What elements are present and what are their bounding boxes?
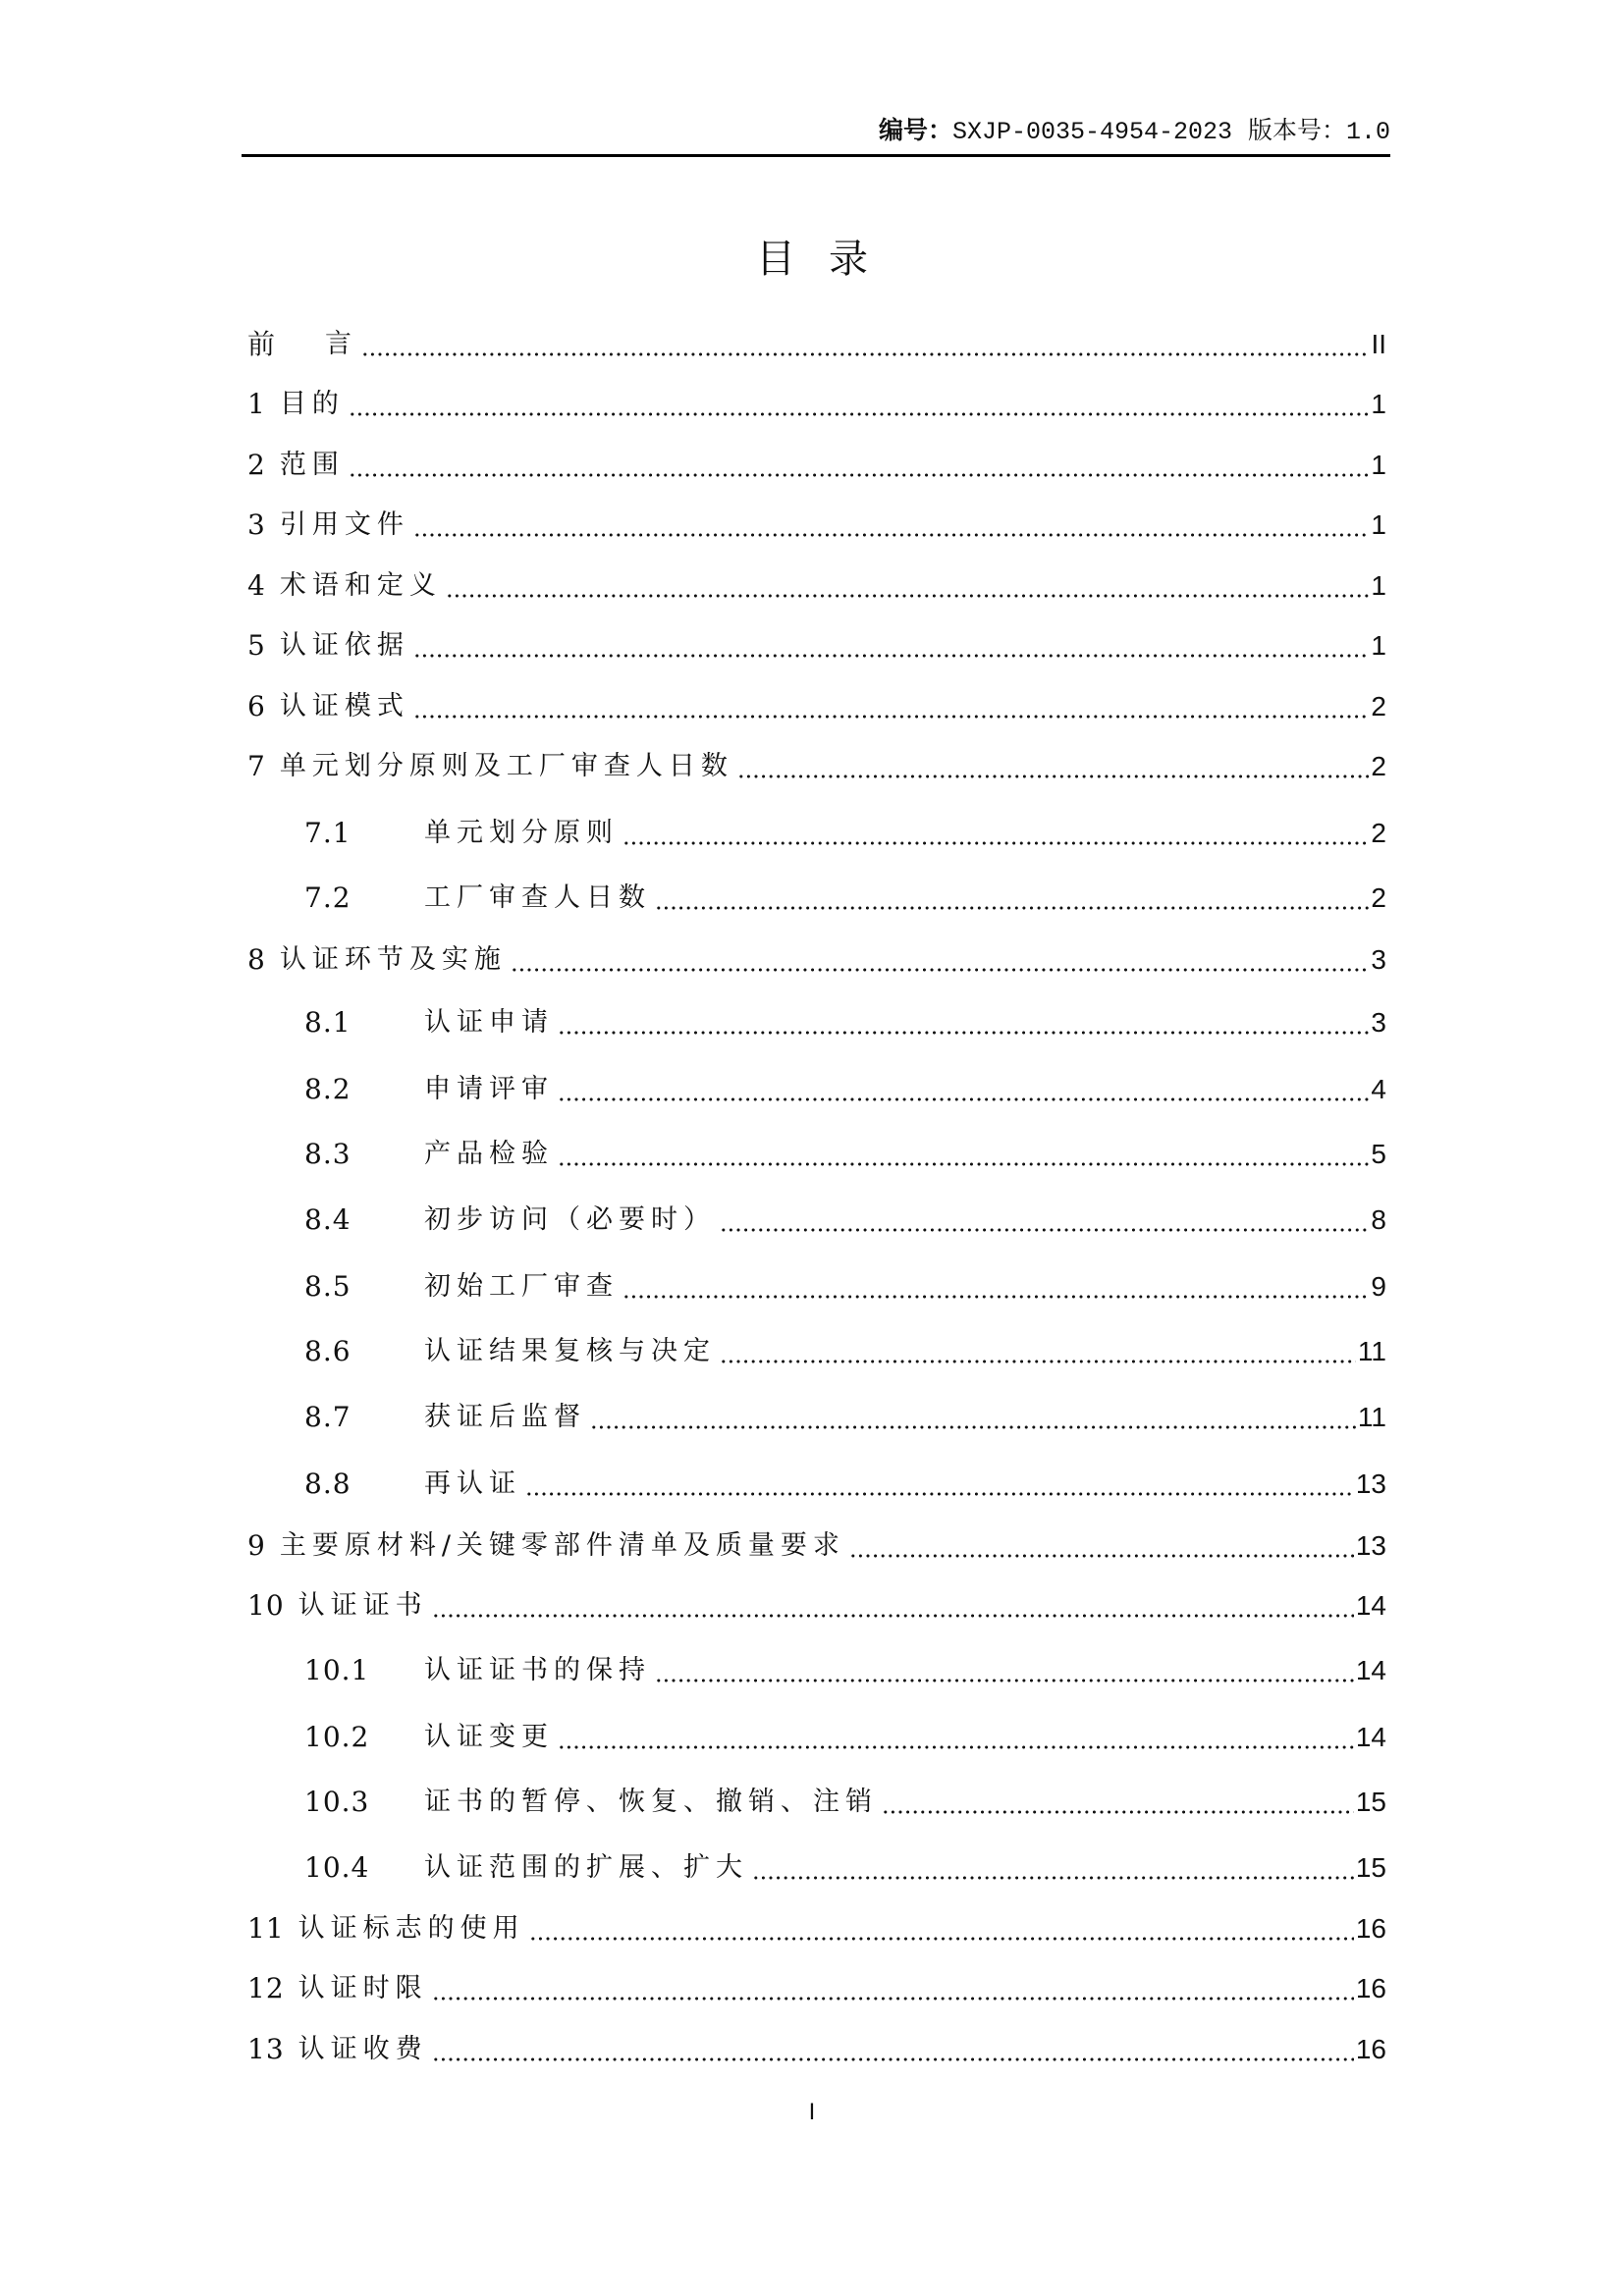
toc-entry-number: 8.8 [304,1467,424,1502]
dot-leader [558,1745,1354,1749]
toc-entry[interactable]: 3引用文件1 [247,507,1386,543]
toc-entry-number: 8.2 [304,1072,424,1107]
toc-entry[interactable]: 1目的1 [247,387,1386,422]
dot-leader [349,473,1370,477]
toc-entry-label: 范围 [280,448,345,483]
toc-entry-label: 认证标志的使用 [298,1911,525,1947]
toc-entry-page: 14 [1356,1588,1386,1624]
toc-entry-number: 11 [247,1911,285,1947]
version-value: 1.0 [1346,118,1390,146]
toc-entry-label: 认证申请 [424,1005,554,1041]
toc-entry-number: 8.5 [304,1269,424,1305]
toc-entry-number: 10 [247,1588,285,1624]
dot-leader [752,1876,1354,1880]
dot-leader [529,1937,1354,1941]
toc-entry[interactable]: 10认证证书14 [247,1588,1386,1624]
toc-entry-number: 8.4 [304,1202,424,1238]
toc-entry-page: 1 [1371,507,1386,543]
toc-entry-label: 工厂审查人日数 [424,881,651,916]
toc-entry-number: 8.7 [304,1400,424,1435]
toc-entry-label: 认证模式 [280,689,409,724]
toc-entry-label: 产品检验 [424,1137,554,1172]
toc-entry-number: 8.6 [304,1334,424,1369]
toc-entry-label: 认证时限 [298,1971,428,2006]
toc-entry[interactable]: 8.5初始工厂审查9 [247,1269,1386,1305]
toc-entry-label: 获证后监督 [424,1400,586,1435]
toc-entry-number: 5 [247,628,266,664]
toc-entry-label: 认证环节及实施 [280,942,507,978]
toc-entry-page: 2 [1371,881,1386,916]
dot-leader [882,1810,1354,1814]
toc-entry-page: 3 [1371,942,1386,978]
toc-entry-number: 9 [247,1528,266,1564]
toc-entry[interactable]: 10.2认证变更14 [247,1720,1386,1755]
doc-number-label: 编号： [879,116,952,144]
toc-entry-page: 13 [1356,1467,1386,1502]
toc-entry[interactable]: 8.2申请评审4 [247,1072,1386,1107]
toc-entry[interactable]: 9主要原材料/关键零部件清单及质量要求13 [247,1528,1386,1564]
dot-leader [558,1031,1369,1035]
toc-entry-number: 4 [247,568,266,604]
toc-entry[interactable]: 10.4认证范围的扩展、扩大15 [247,1850,1386,1886]
toc-entry-page: 16 [1356,2032,1386,2067]
toc-entry[interactable]: 10.1认证证书的保持14 [247,1653,1386,1688]
toc-entry[interactable]: 8.8再认证13 [247,1467,1386,1502]
toc-entry-number: 1 [247,387,266,422]
dot-leader [511,968,1370,972]
toc-entry[interactable]: 4术语和定义1 [247,568,1386,604]
toc-entry-label: 认证范围的扩展、扩大 [424,1850,748,1886]
toc-entry-page: 4 [1371,1072,1386,1107]
toc-entry[interactable]: 13认证收费16 [247,2032,1386,2067]
toc-entry-number: 8.1 [304,1005,424,1041]
toc-entry-label: 再认证 [424,1467,521,1502]
dot-leader [655,1679,1354,1682]
toc-entry-label: 术语和定义 [280,568,442,604]
toc-entry-label: 目的 [280,387,345,422]
dot-leader [413,654,1370,658]
document-header: 编号：SXJP-0035-4954-2023 版本号：1.0 [242,116,1390,145]
toc-entry-label: 初步访问（必要时） [424,1202,716,1238]
toc-entry-page: 9 [1371,1269,1386,1305]
dot-leader [720,1360,1356,1363]
toc-entry-page: 1 [1371,448,1386,483]
toc-entry[interactable]: 6认证模式2 [247,689,1386,724]
toc-entry[interactable]: 12认证时限16 [247,1971,1386,2006]
toc-entry-label: 认证收费 [298,2032,428,2067]
toc-entry-number: 3 [247,507,266,543]
toc-entry-label: 认证证书 [298,1588,428,1624]
toc-entry-label: 认证依据 [280,628,409,664]
toc-entry[interactable]: 7.1单元划分原则2 [247,816,1386,851]
dot-leader [446,594,1370,598]
toc-entry-label: 引用文件 [280,507,409,543]
toc-entry-page: 11 [1358,1400,1386,1435]
toc-entry[interactable]: 8认证环节及实施3 [247,942,1386,978]
toc-entry-label: 认证证书的保持 [424,1653,651,1688]
dot-leader [590,1425,1356,1429]
dot-leader [849,1554,1354,1558]
toc-entry-number: 13 [247,2032,285,2067]
toc-entry-page: 16 [1356,1911,1386,1947]
toc-entry-number: 8.3 [304,1137,424,1172]
toc-entry-number: 10.2 [304,1720,424,1755]
toc-entry-page: 2 [1371,816,1386,851]
toc-entry-page: 8 [1371,1202,1386,1238]
toc-entry-number: 7.1 [304,816,424,851]
header-rule [242,154,1390,157]
toc-entry[interactable]: 11认证标志的使用16 [247,1911,1386,1947]
dot-leader [623,1295,1369,1299]
dot-leader [432,1614,1354,1618]
dot-leader [558,1162,1369,1166]
toc-entry[interactable]: 7.2工厂审查人日数2 [247,881,1386,916]
toc-entry-number: 8 [247,942,266,978]
dot-leader [413,533,1370,537]
dot-leader [737,774,1370,778]
toc-entry-page: 5 [1371,1137,1386,1172]
toc-entry-page: 1 [1371,568,1386,604]
page-title: 目录 [0,228,1624,284]
toc-entry-page: 2 [1371,689,1386,724]
toc-entry[interactable]: 前言II [247,327,1386,362]
toc-entry-page: 15 [1356,1785,1386,1820]
version-label: 版本号： [1248,116,1346,144]
toc-entry-number: 10.1 [304,1653,424,1688]
toc-entry[interactable]: 8.1认证申请3 [247,1005,1386,1041]
toc-entry-label: 言 [325,327,357,362]
dot-leader [349,412,1370,416]
dot-leader [655,906,1369,910]
toc-entry-number: 前 [247,327,276,362]
toc-entry[interactable]: 2范围1 [247,448,1386,483]
toc-entry-label: 单元划分原则 [424,816,619,851]
toc-entry[interactable]: 8.6认证结果复核与决定11 [247,1334,1386,1369]
toc-entry[interactable]: 8.3产品检验5 [247,1137,1386,1172]
toc-entry[interactable]: 5认证依据1 [247,628,1386,664]
dot-leader [432,2057,1354,2061]
toc-entry-label: 主要原材料/关键零部件清单及质量要求 [280,1528,845,1564]
doc-number-value: SXJP-0035-4954-2023 [952,118,1232,146]
dot-leader [413,715,1370,719]
toc-entry-number: 7.2 [304,881,424,916]
toc-entry[interactable]: 7单元划分原则及工厂审查人日数2 [247,749,1386,784]
toc-entry-number: 2 [247,448,266,483]
dot-leader [432,1997,1354,2001]
dot-leader [525,1492,1354,1496]
toc-entry-label: 证书的暂停、恢复、撤销、注销 [424,1785,878,1820]
toc-entry-label: 初始工厂审查 [424,1269,619,1305]
toc-entry-page: 2 [1371,749,1386,784]
dot-leader [720,1228,1369,1232]
toc-entry-number: 12 [247,1971,285,2006]
dot-leader [558,1097,1369,1101]
page-number: I [0,2099,1624,2126]
toc-entry-label: 认证结果复核与决定 [424,1334,716,1369]
toc-entry-page: 14 [1356,1653,1386,1688]
toc-entry-page: 16 [1356,1971,1386,2006]
toc-entry[interactable]: 8.4初步访问（必要时）8 [247,1202,1386,1238]
toc-entry-number: 7 [247,749,266,784]
toc-entry-label: 认证变更 [424,1720,554,1755]
toc-entry-page: 1 [1371,387,1386,422]
toc-entry-page: 11 [1358,1334,1386,1369]
toc-entry-page: 15 [1356,1850,1386,1886]
toc-entry-page: 1 [1371,628,1386,664]
toc-entry-page: II [1371,327,1386,362]
toc-entry-label: 申请评审 [424,1072,554,1107]
toc-entry-number: 6 [247,689,266,724]
toc-entry-label: 单元划分原则及工厂审查人日数 [280,749,733,784]
dot-leader [623,841,1369,845]
toc-entry-page: 14 [1356,1720,1386,1755]
toc-entry-page: 3 [1371,1005,1386,1041]
toc-entry[interactable]: 10.3证书的暂停、恢复、撤销、注销15 [247,1785,1386,1820]
toc-entry[interactable]: 8.7获证后监督11 [247,1400,1386,1435]
toc-entry-number: 10.4 [304,1850,424,1886]
toc-entry-number: 10.3 [304,1785,424,1820]
dot-leader [361,352,1369,356]
toc-entry-page: 13 [1356,1528,1386,1564]
